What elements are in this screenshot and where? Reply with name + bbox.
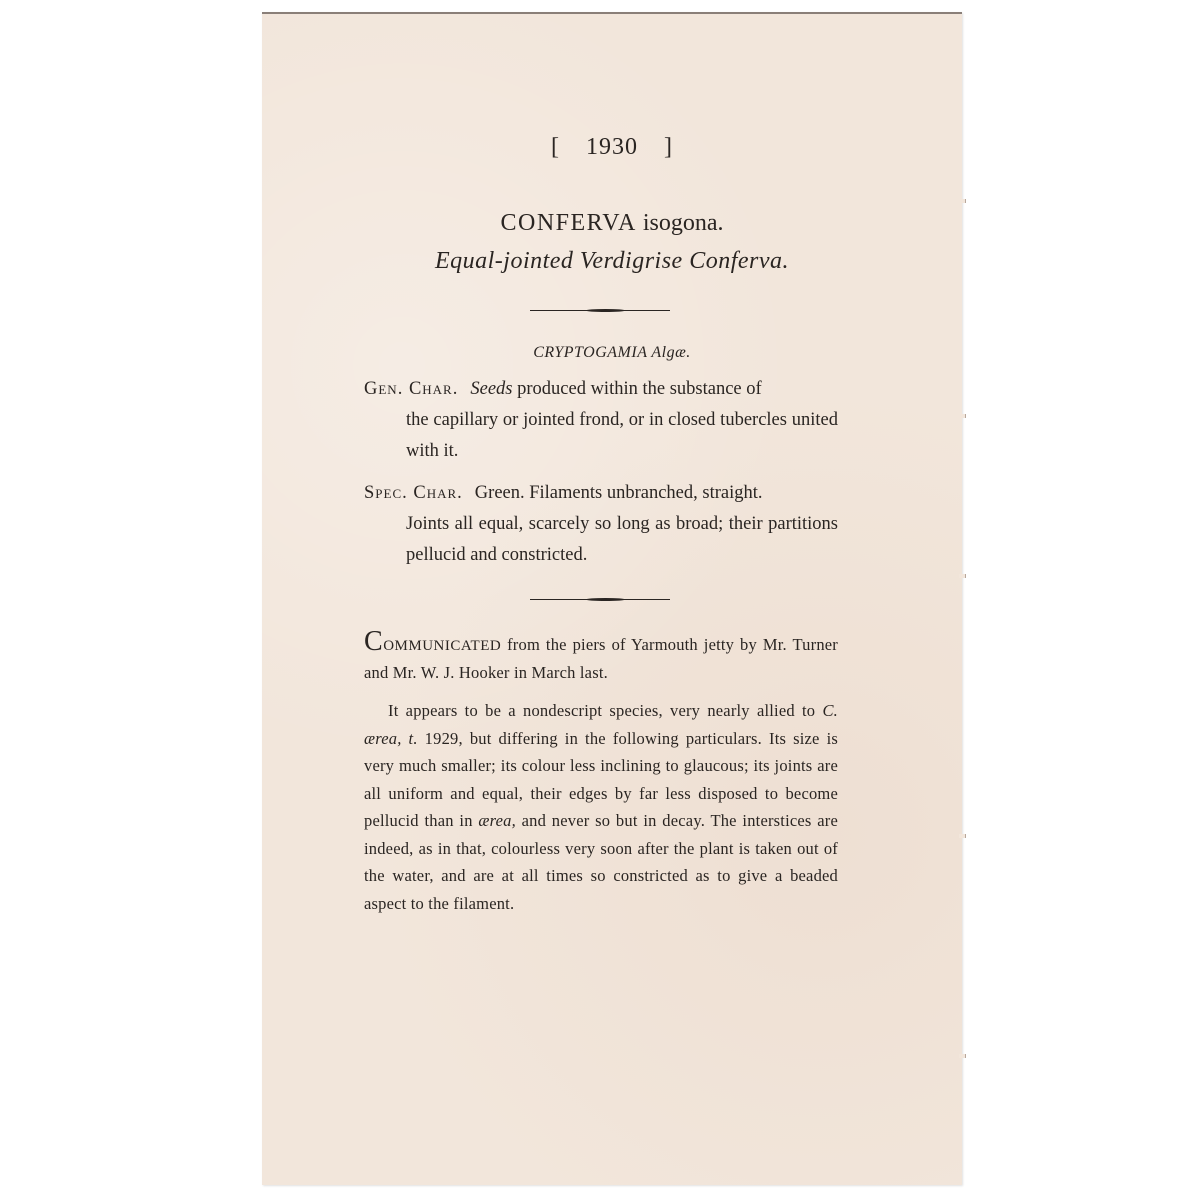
gen-char-lead: Seeds [470,379,512,399]
gen-char-line1: produced within the substance of [512,379,761,399]
spec-char-line1: Green. Filaments unbranched, straight. [475,483,763,503]
spec-char-label: Spec. Char. [364,483,463,503]
plate-number-value: 1930 [586,134,638,160]
ornamental-rule-middle [530,598,670,601]
bracket-close: ] [664,134,673,161]
bracket-open: [ [551,134,560,161]
common-name: Equal-jointed Verdigrise Conferva. [262,248,962,275]
page-edge-nick [959,199,966,203]
page-edge-nick [959,574,966,578]
gen-char-continuation: the capillary or jointed frond, or in cl… [364,405,838,467]
spec-char-continuation: Joints all equal, scarcely so long as br… [364,509,838,571]
species-name: isogona. [643,210,724,236]
specific-character: Spec. Char.Green. Filaments unbranched, … [364,478,838,571]
generic-character: Gen. Char.Seeds produced within the subs… [364,374,838,467]
page-edge-nick [959,834,966,838]
gen-char-label: Gen. Char. [364,379,458,399]
page-edge-nick [959,1054,966,1058]
aerea-italic: ærea, [478,811,516,830]
communicated-paragraph: Communicated from the piers of Yarmouth … [364,628,838,686]
description-paragraph: It appears to be a nondescript species, … [364,697,838,917]
page-edge-nick [959,414,966,418]
ornamental-rule-top [530,309,670,312]
classification: CRYPTOGAMIA Algæ. [262,344,962,362]
genus-name: CONFERVA [500,210,636,236]
communicated-word: Communicated [364,630,501,655]
plate-number: [1930] [262,134,962,161]
species-title: CONFERVA isogona. [262,210,962,237]
book-page: [1930] CONFERVA isogona. Equal-jointed V… [262,12,962,1185]
